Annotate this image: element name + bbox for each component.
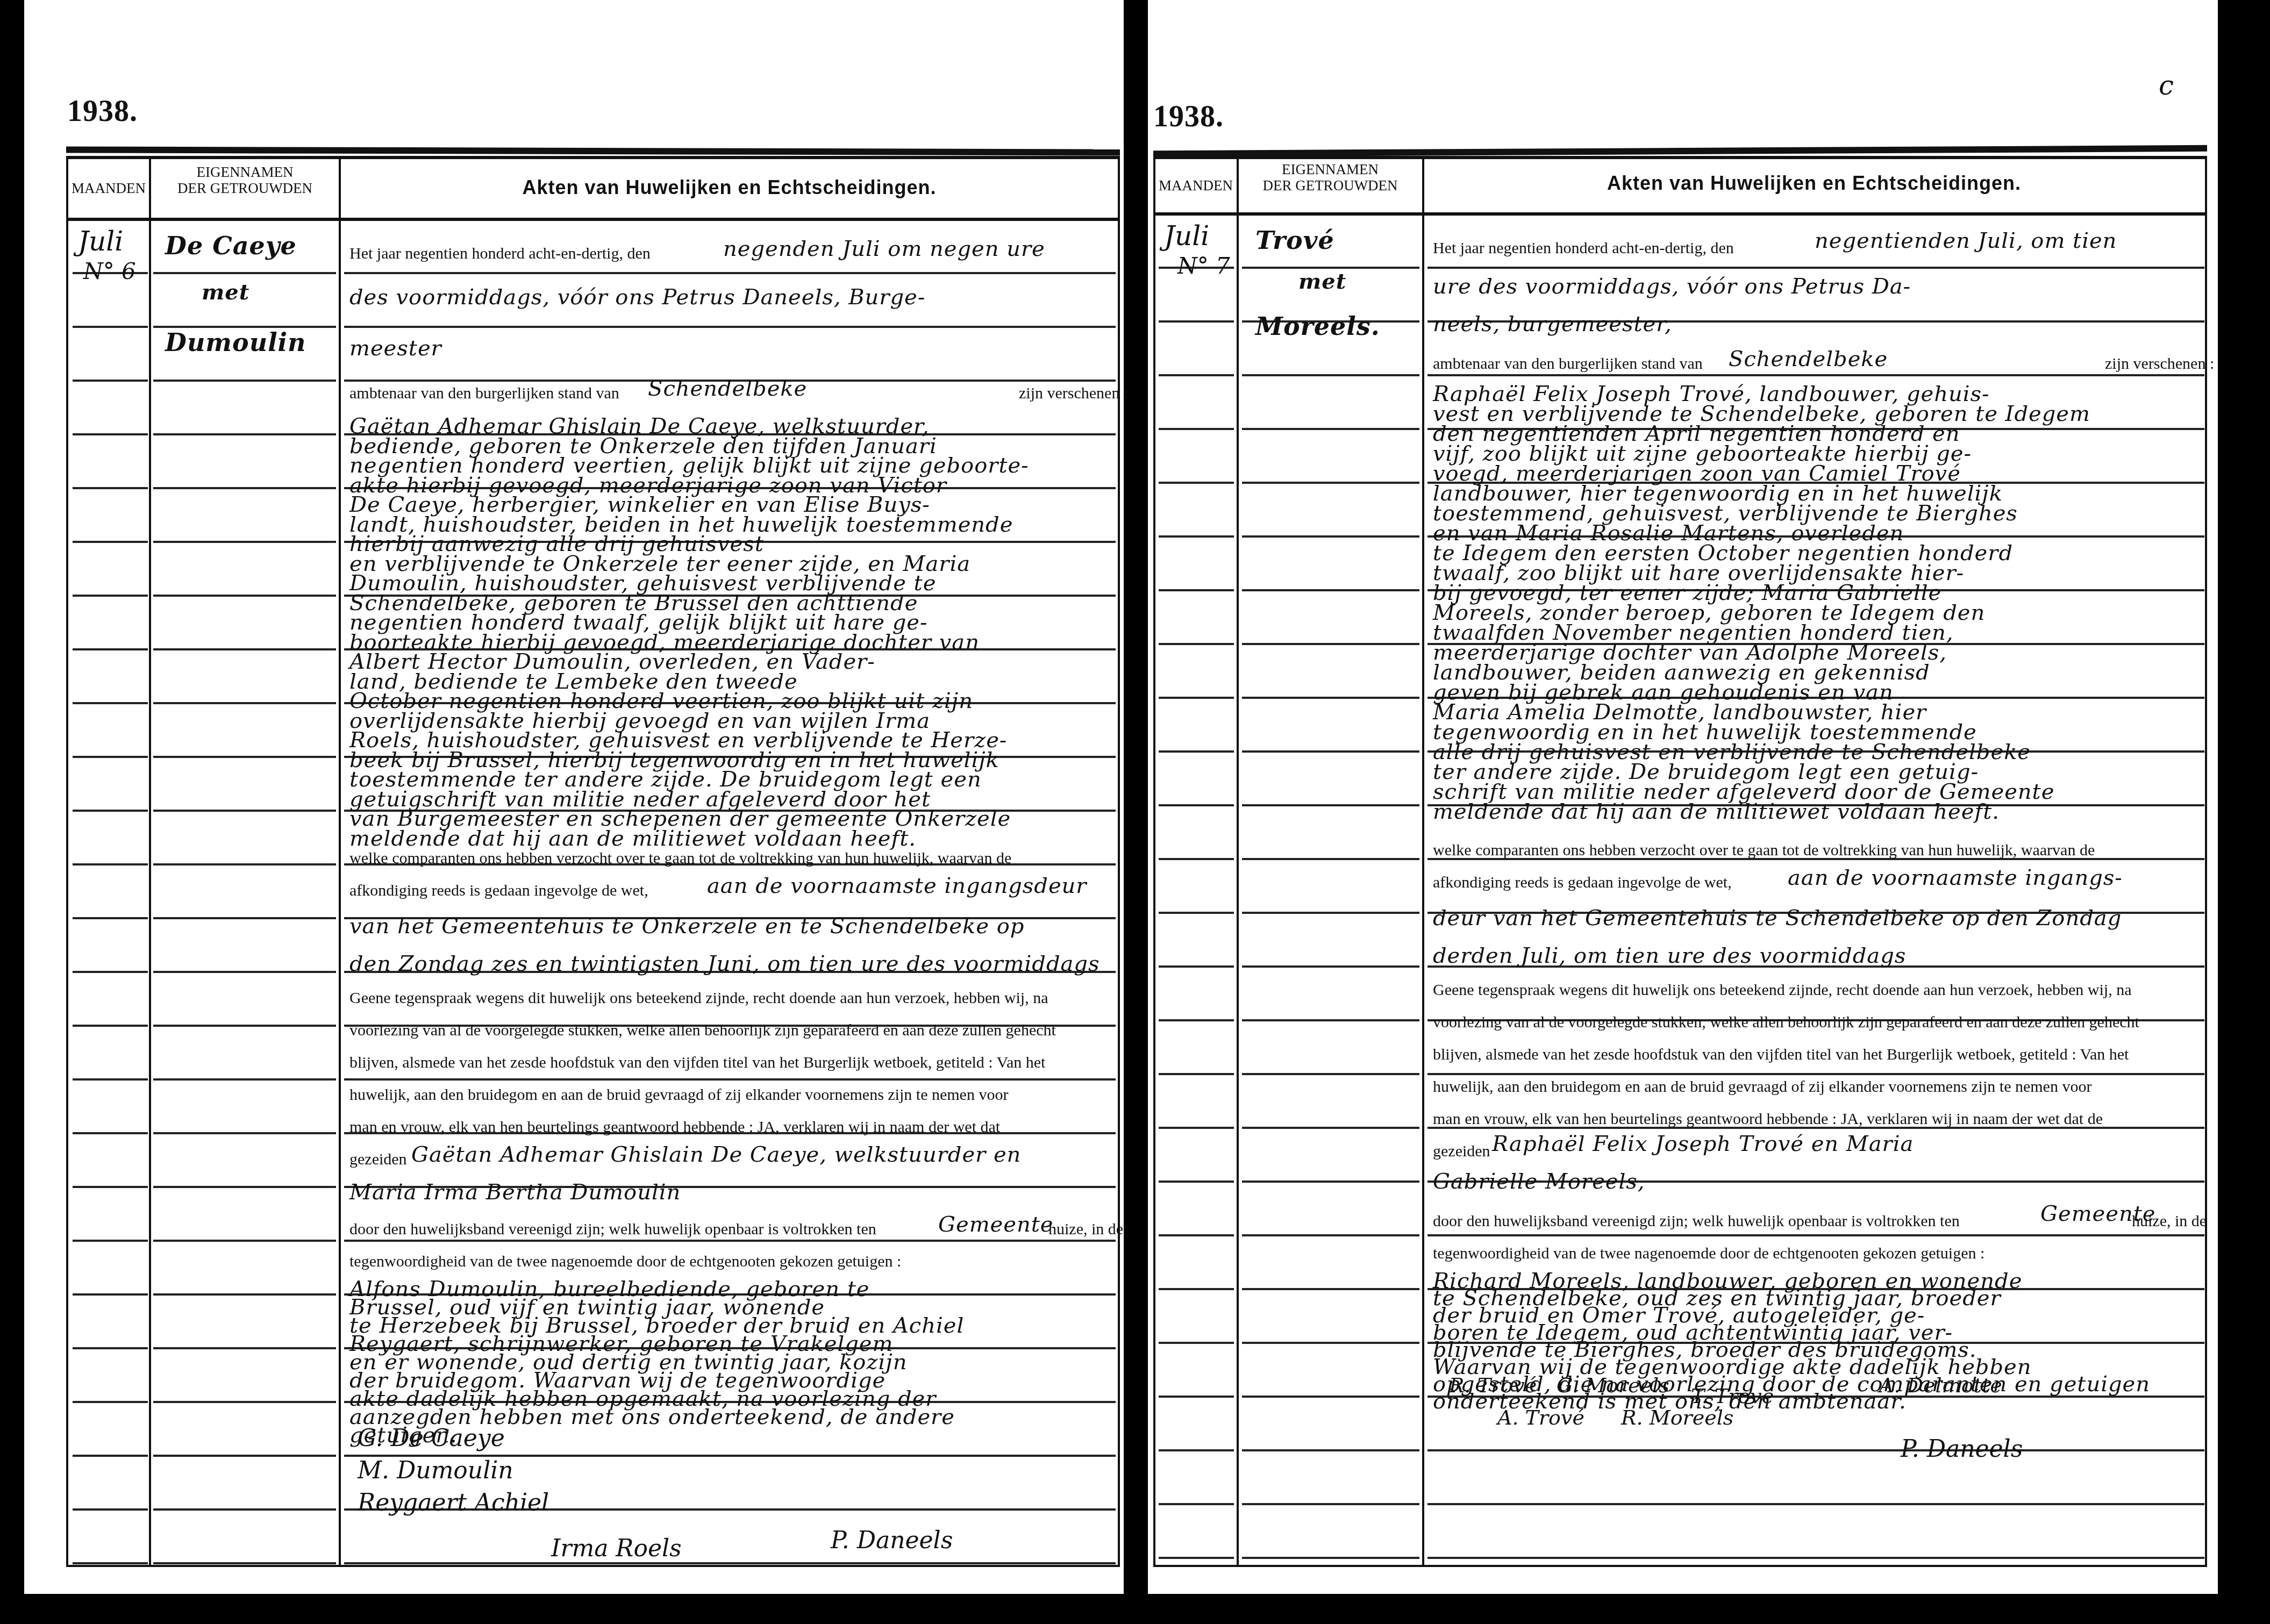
handwritten-text: aan de voornaamste ingangsdeur xyxy=(707,874,1087,898)
spouse-connector: met xyxy=(1298,269,1346,294)
printed-huize: huize, in de xyxy=(1048,1220,1123,1239)
signature: P. Daneels xyxy=(831,1527,953,1554)
margin-act-number: N° 7 xyxy=(1177,253,1230,279)
signature: G. De Caeye xyxy=(358,1425,505,1452)
margin-act-number: N° 6 xyxy=(83,258,136,284)
printed-gezeiden: gezeiden xyxy=(349,1150,407,1169)
left-page: 1938. MAANDEN EIGENNAMEN DER GETROUWDEN … xyxy=(24,0,1124,1594)
printed-verschenen: zijn verschenen : xyxy=(1019,384,1128,403)
right-page: 1938. c MAANDEN EIGENNAMEN DER GETROUWDE… xyxy=(1148,0,2218,1594)
signature: Irma Roels xyxy=(551,1535,682,1562)
printed-tegenwoordigheid: tegenwoordigheid van de twee nagenoemde … xyxy=(1433,1244,1985,1263)
printed-verschenen: zijn verschenen : xyxy=(2105,355,2214,373)
handwritten-text: ure des voormiddags, vóór ons Petrus Da- xyxy=(1433,274,1911,299)
printed-geene: Geene tegenspraak wegens dit huwelijk on… xyxy=(1433,981,2132,999)
printed-afkondiging: afkondiging reeds is gedaan ingevolge de… xyxy=(1433,874,1732,892)
handwritten-house: Gemeente xyxy=(938,1212,1053,1237)
printed-ambtenaar: ambtenaar van den burgerlijken stand van xyxy=(1433,355,1703,373)
handwritten-names: Gabrielle Moreels, xyxy=(1433,1169,1645,1194)
margin-month: Juli xyxy=(1164,220,1209,252)
handwritten-text: deur van het Gemeentehuis te Schendelbek… xyxy=(1433,906,2122,931)
column-divider xyxy=(339,156,341,1567)
header-months: MAANDEN xyxy=(68,180,149,196)
printed-geene: voorlezing van al de voorgelegde stukken… xyxy=(349,1021,1056,1040)
printed-geene: Geene tegenspraak wegens dit huwelijk on… xyxy=(349,989,1048,1007)
signature: P. Daneels xyxy=(1901,1435,2023,1463)
printed-door: door den huwelijksband vereenigd zijn; w… xyxy=(1433,1212,1960,1230)
handwritten-text: des voormiddags, vóór ons Petrus Daneels… xyxy=(349,285,925,310)
printed-ambtenaar: ambtenaar van den burgerlijken stand van xyxy=(349,384,619,403)
printed-intro: Het jaar negentien honderd acht-en-derti… xyxy=(349,245,651,263)
ruled-lines xyxy=(1242,215,1419,1564)
column-divider xyxy=(1237,156,1239,1567)
handwritten-date: negenden Juli om negen ure xyxy=(723,237,1045,261)
printed-geene: huwelijk, aan den bruidegom en aan de br… xyxy=(349,1086,1008,1104)
printed-tegenwoordigheid: tegenwoordigheid van de twee nagenoemde … xyxy=(349,1253,901,1271)
header-names: EIGENNAMEN DER GETROUWDEN xyxy=(151,164,339,196)
spouse-name: Dumoulin xyxy=(165,328,306,357)
handwritten-text: meester xyxy=(349,336,442,361)
handwritten-line: meldende dat hij aan de militiewet volda… xyxy=(349,826,916,851)
printed-door: door den huwelijksband vereenigd zijn; w… xyxy=(349,1220,876,1239)
signature: A. Trové xyxy=(1497,1406,1584,1429)
ruled-lines xyxy=(153,220,336,1564)
printed-geene: man en vrouw, elk van hen beurtelings ge… xyxy=(349,1118,1000,1136)
book-gutter xyxy=(1124,0,1148,1624)
printed-geene: man en vrouw, elk van hen beurtelings ge… xyxy=(1433,1110,2103,1128)
handwritten-line: meldende dat hij aan de militiewet volda… xyxy=(1433,799,2000,824)
scan-border xyxy=(0,1592,2270,1624)
top-rule xyxy=(1153,145,2207,157)
signature: R. Trové xyxy=(1449,1373,1537,1397)
year-label: 1938. xyxy=(67,94,138,128)
spouse-name: Trové xyxy=(1255,226,1334,255)
signature: A. Delmotte xyxy=(1879,1373,2002,1397)
handwritten-text: derden Juli, om tien ure des voormiddags xyxy=(1433,943,1906,968)
printed-afkondiging: afkondiging reeds is gedaan ingevolge de… xyxy=(349,882,648,900)
printed-geene: blijven, alsmede van het zesde hoofdstuk… xyxy=(1433,1046,2129,1064)
signature: R. Moreels xyxy=(1621,1406,1733,1429)
spouse-name: De Caeye xyxy=(165,231,297,260)
spouse-name: Moreels. xyxy=(1255,312,1380,341)
printed-geene: huwelijk, aan den bruidegom en aan de br… xyxy=(1433,1078,2091,1096)
printed-huize: huize, in de xyxy=(2132,1212,2207,1230)
printed-geene: blijven, alsmede van het zesde hoofdstuk… xyxy=(349,1054,1045,1072)
printed-comparanten: welke comparanten ons hebben verzocht ov… xyxy=(349,849,1011,868)
signature: T. Trové xyxy=(1691,1384,1774,1408)
handwritten-date: negentienden Juli, om tien xyxy=(1815,228,2117,253)
column-divider xyxy=(1422,156,1424,1567)
handwritten-names: Gaëtan Adhemar Ghislain De Caeye, welkst… xyxy=(411,1142,1021,1167)
handwritten-place: Schendelbeke xyxy=(1729,347,1888,371)
spouse-connector: met xyxy=(202,280,249,305)
handwritten-text: den Zondag zes en twintigsten Juni, om t… xyxy=(349,951,1100,976)
printed-intro: Het jaar negentien honderd acht-en-derti… xyxy=(1433,239,1734,257)
handwritten-names: Maria Irma Bertha Dumoulin xyxy=(349,1180,681,1205)
printed-comparanten: welke comparanten ons hebben verzocht ov… xyxy=(1433,841,2095,860)
printed-gezeiden: gezeiden xyxy=(1433,1142,1490,1161)
handwritten-text: aan de voornaamste ingangs- xyxy=(1788,865,2123,890)
top-rule xyxy=(66,146,1120,155)
handwritten-names: Raphaël Felix Joseph Trové en Maria xyxy=(1492,1132,1914,1156)
corner-mark: c xyxy=(2159,70,2174,101)
register-title: Akten van Huwelijken en Echtscheidingen. xyxy=(341,176,1118,199)
ruled-lines xyxy=(1159,215,1234,1564)
signature: G. Moreels xyxy=(1557,1373,1669,1397)
column-divider xyxy=(149,156,151,1567)
year-label: 1938. xyxy=(1153,99,1224,134)
signature: M. Dumoulin xyxy=(358,1457,513,1484)
header-names: EIGENNAMEN DER GETROUWDEN xyxy=(1239,161,1422,194)
ruled-lines xyxy=(73,220,148,1564)
printed-geene: voorlezing van al de voorgelegde stukken… xyxy=(1433,1013,2139,1032)
handwritten-text: van het Gemeentehuis te Onkerzele en te … xyxy=(349,914,1024,939)
signature: Reygaert Achiel xyxy=(358,1489,549,1516)
margin-month: Juli xyxy=(78,226,123,257)
header-months: MAANDEN xyxy=(1155,177,1236,194)
handwritten-place: Schendelbeke xyxy=(648,376,807,401)
register-title: Akten van Huwelijken en Echtscheidingen. xyxy=(1424,172,2204,195)
handwritten-text: neels, burgemeester, xyxy=(1433,312,1672,337)
